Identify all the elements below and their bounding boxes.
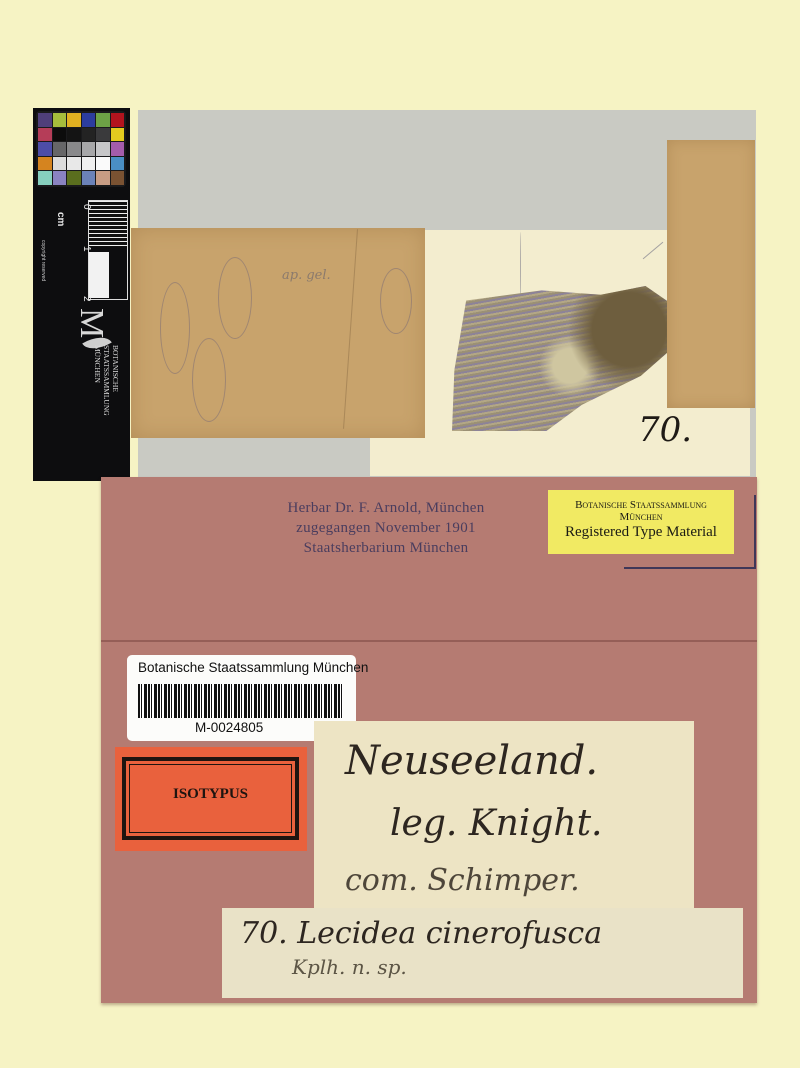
logo-text: BOTANISCHE STAATSSAMMLUNG MÜNCHEN <box>93 345 120 416</box>
color-swatch <box>53 128 67 142</box>
color-swatch <box>67 157 81 171</box>
color-swatch <box>96 128 110 142</box>
species-name: 70. Lecidea cinerofusca <box>240 916 602 951</box>
type-label-line-3: Registered Type Material <box>548 524 734 541</box>
scale-ruler <box>88 200 128 300</box>
isotypus-text: ISOTYPUS <box>122 786 299 803</box>
color-swatch <box>111 128 125 142</box>
color-swatch <box>67 142 81 156</box>
communicated-by-text: com. Schimper. <box>345 863 580 898</box>
pencil-line <box>520 232 522 302</box>
color-swatch <box>53 113 67 127</box>
pencil-oval-2 <box>218 257 252 339</box>
color-swatch <box>38 113 52 127</box>
specimen-number: 70. <box>638 410 692 450</box>
color-swatch <box>111 171 125 185</box>
catalog-number: M-0024805 <box>195 720 263 735</box>
color-swatch <box>67 113 81 127</box>
pencil-oval-3 <box>192 338 226 422</box>
scale-tick-2: 2 <box>81 296 92 302</box>
logo-line-1: BOTANISCHE <box>111 345 120 416</box>
pencil-note: ap. gel. <box>282 268 331 283</box>
color-swatch <box>38 128 52 142</box>
color-swatch <box>38 171 52 185</box>
logo-line-3: MÜNCHEN <box>93 345 102 416</box>
color-swatch <box>82 142 96 156</box>
color-swatch <box>67 171 81 185</box>
pencil-oval-1 <box>160 282 190 374</box>
scale-tick-1: 1 <box>81 246 92 252</box>
species-author: Kplh. n. sp. <box>292 955 407 979</box>
color-swatch <box>96 157 110 171</box>
color-swatch <box>38 142 52 156</box>
collector-text: leg. Knight. <box>390 803 602 844</box>
registered-type-label: Botanische Staatssammlung München Regist… <box>548 490 734 554</box>
color-swatch <box>82 157 96 171</box>
color-swatch <box>38 157 52 171</box>
envelope-flap-fold <box>101 640 757 642</box>
herbarium-stamp: Herbar Dr. F. Arnold, München zugegangen… <box>236 498 536 558</box>
color-swatch <box>111 113 125 127</box>
logo-m-icon: M <box>72 308 110 338</box>
type-label-line-1: Botanische Staatssammlung <box>548 499 734 511</box>
color-swatch <box>82 128 96 142</box>
scale-tick-0: 0 <box>81 204 92 210</box>
color-swatch <box>96 171 110 185</box>
locality-text: Neuseeland. <box>345 738 598 784</box>
stamp-line-2: zugegangen November 1901 <box>236 518 536 538</box>
color-swatch <box>96 142 110 156</box>
scale-unit: cm <box>55 212 66 226</box>
logo-line-2: STAATSSAMMLUNG <box>102 345 111 416</box>
color-swatch <box>82 113 96 127</box>
color-swatch <box>53 157 67 171</box>
color-swatch <box>111 157 125 171</box>
type-label-line-2: München <box>548 511 734 523</box>
color-swatch <box>111 142 125 156</box>
barcode-institution: Botanische Staatssammlung München <box>138 660 368 675</box>
color-swatch <box>67 128 81 142</box>
stamp-line-3: Staatsherbarium München <box>236 538 536 558</box>
color-swatch <box>96 113 110 127</box>
color-swatch <box>82 171 96 185</box>
brown-packet-right <box>667 140 755 408</box>
stamp-line-1: Herbar Dr. F. Arnold, München <box>236 498 536 518</box>
color-chart <box>36 111 126 187</box>
color-swatch <box>53 142 67 156</box>
copyright-note: copyright reserved <box>40 240 46 281</box>
barcode-icon <box>138 684 343 718</box>
pencil-oval-4 <box>380 268 412 334</box>
color-swatch <box>53 171 67 185</box>
